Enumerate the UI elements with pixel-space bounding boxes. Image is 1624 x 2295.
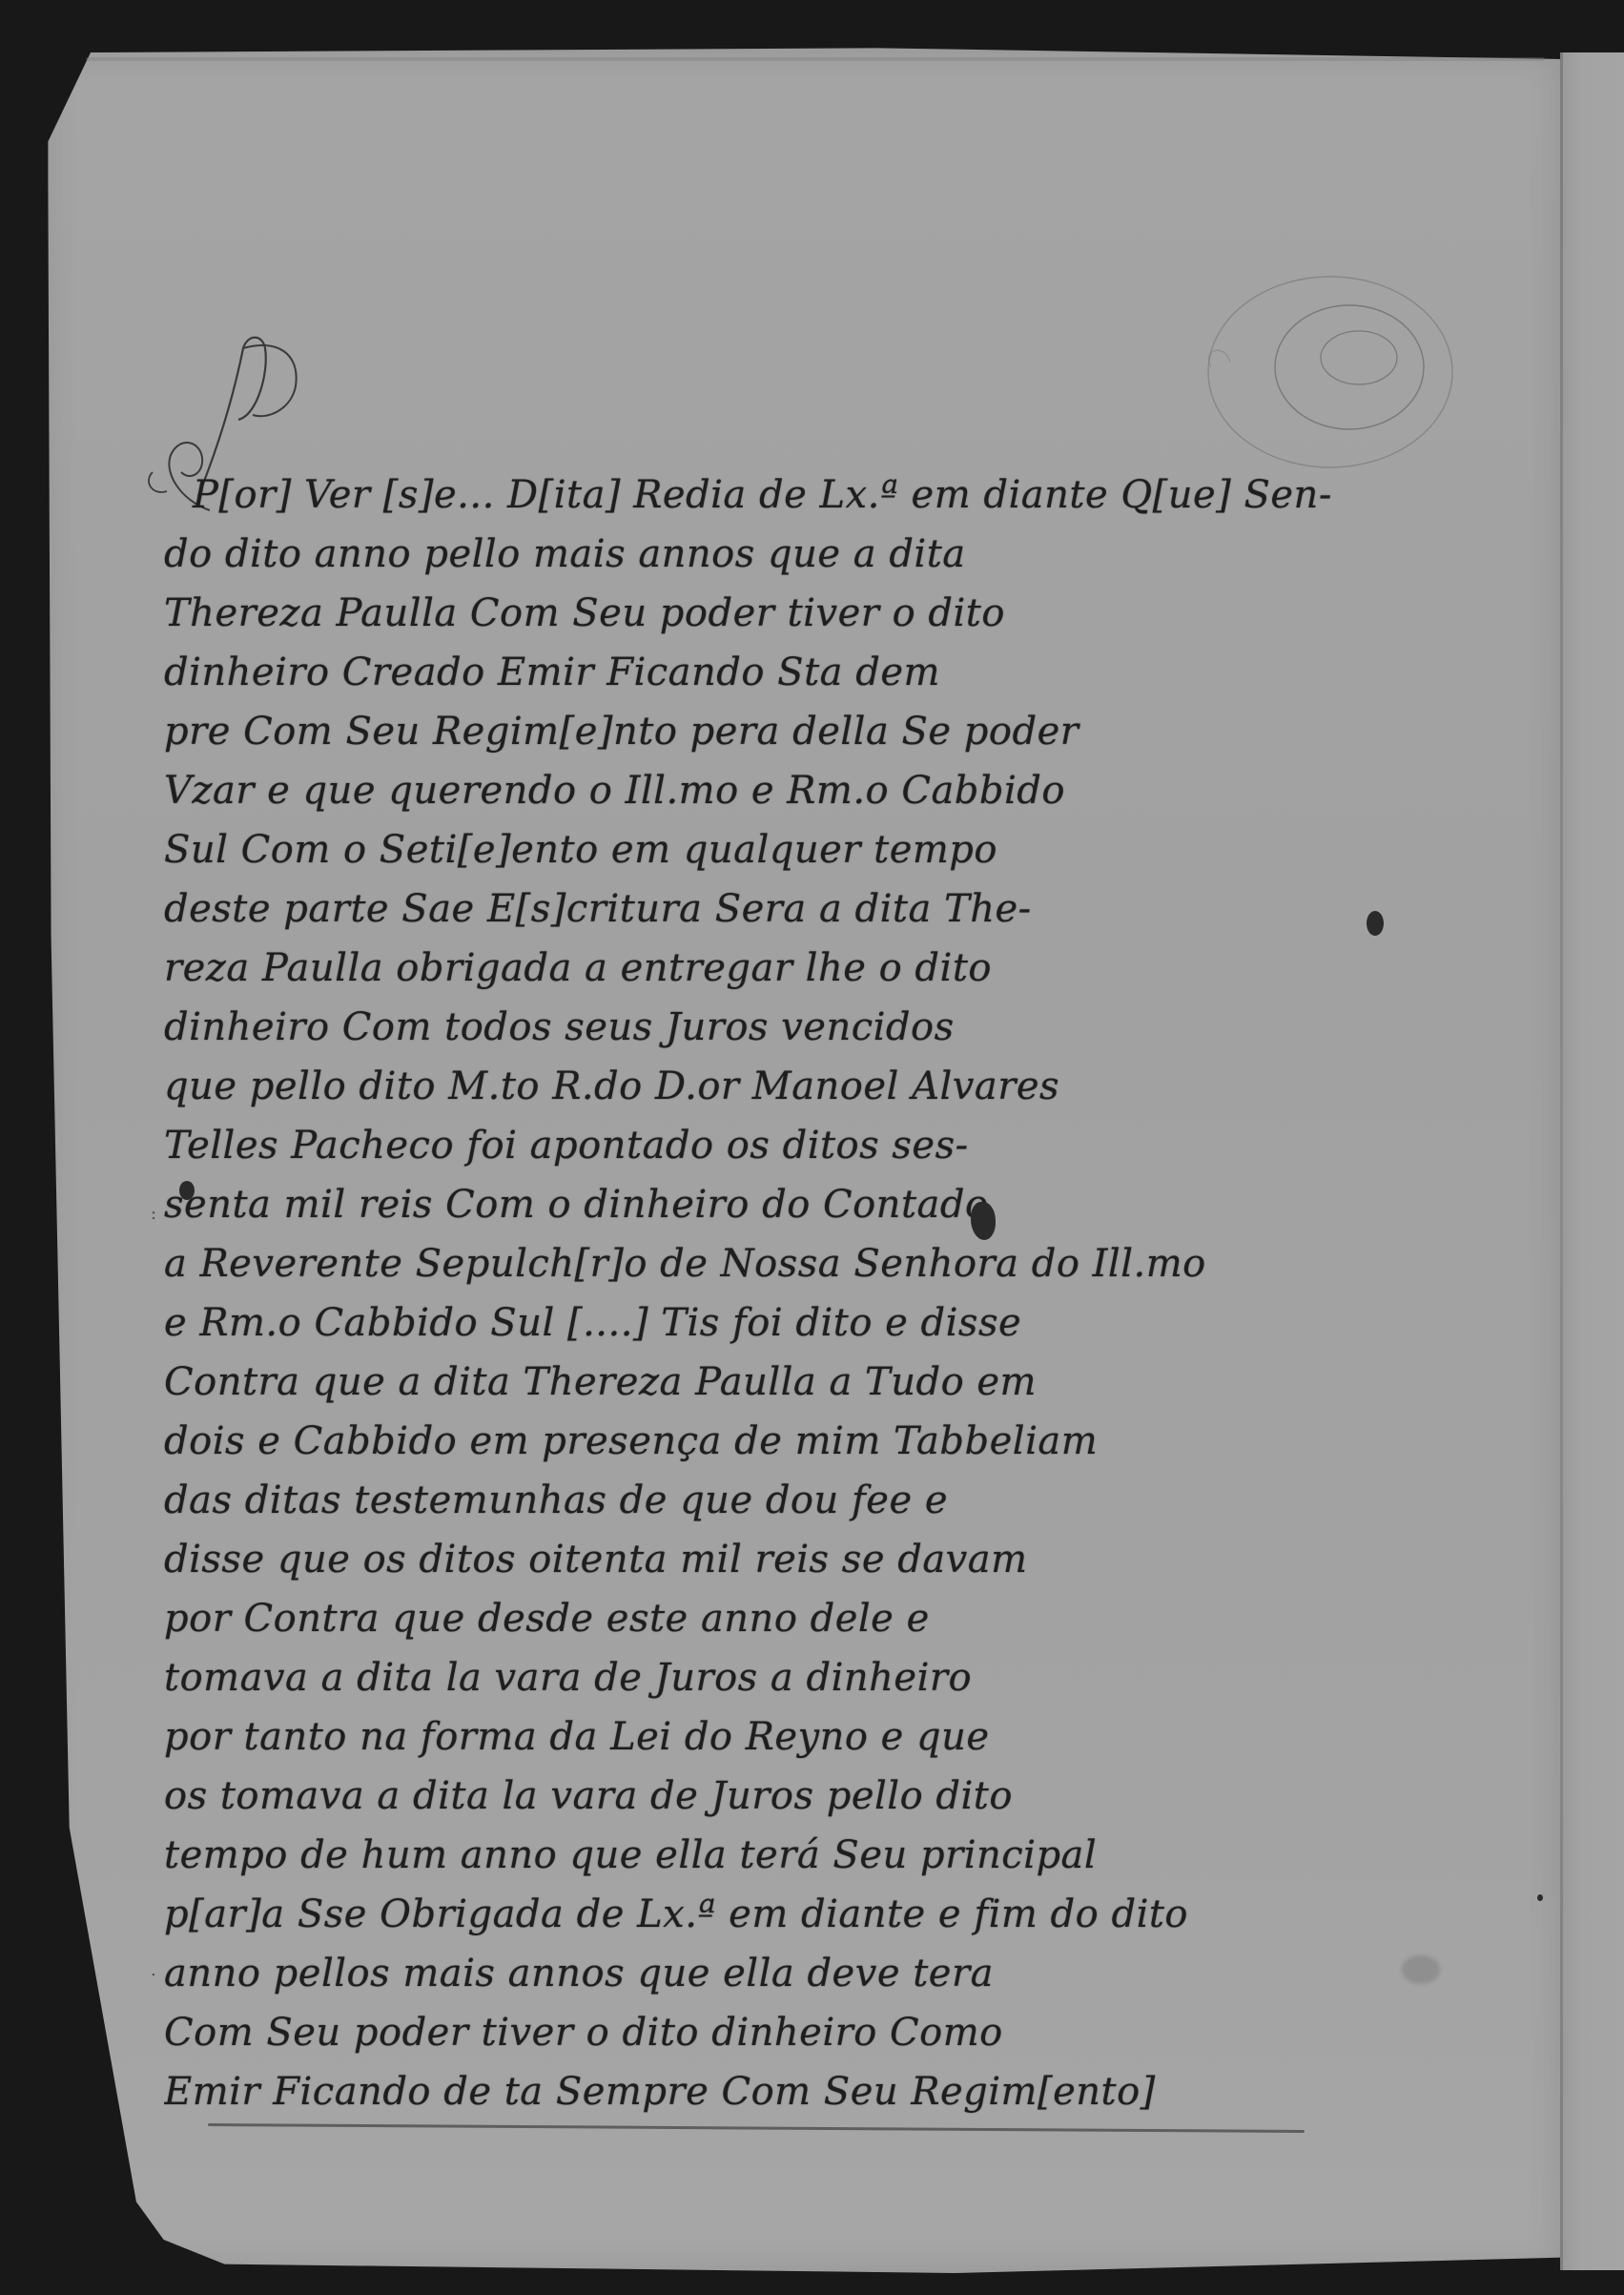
manuscript-line-14: a Reverente Sepulch[r]o de Nossa Senhora…: [164, 1234, 1375, 1293]
manuscript-line-9: reza Paulla obrigada a entregar lhe o di…: [164, 939, 1375, 998]
manuscript-line-28: Emir Ficando de ta Sempre Com Seu Regim[…: [164, 2062, 1375, 2121]
manuscript-line-1: P[or] Ver [s]e... D[ita] Redia de Lx.ª e…: [164, 465, 1375, 525]
manuscript-line-18: das ditas testemunhas de que dou fee e: [164, 1471, 1375, 1530]
manuscript-line-26: anno pellos mais annos que ella deve ter…: [164, 1944, 1375, 2003]
manuscript-line-4: dinheiro Creado Emir Ficando Sta dem: [164, 643, 1375, 702]
manuscript-line-10: dinheiro Com todos seus Juros vencidos: [164, 998, 1375, 1057]
manuscript-text-body: P[or] Ver [s]e... D[ita] Redia de Lx.ª e…: [164, 465, 1375, 2121]
ink-blot: [1537, 1894, 1543, 1901]
manuscript-line-15: e Rm.o Cabbido Sul [....] Tis foi dito e…: [164, 1293, 1375, 1353]
page-fold-line: [1560, 52, 1563, 2270]
manuscript-line-8: deste parte Sae E[s]critura Sera a dita …: [164, 879, 1375, 939]
margin-dot: .: [151, 1960, 156, 1980]
manuscript-line-17: dois e Cabbido em presença de mim Tabbel…: [164, 1412, 1375, 1471]
manuscript-line-16: Contra que a dita Thereza Paulla a Tudo …: [164, 1353, 1375, 1412]
manuscript-line-25: p[ar]a Sse Obrigada de Lx.ª em diante e …: [164, 1885, 1375, 1944]
ink-blot: [179, 1181, 195, 1200]
manuscript-line-21: tomava a dita la vara de Juros a dinheir…: [164, 1648, 1375, 1707]
manuscript-line-20: por Contra que desde este anno dele e: [164, 1589, 1375, 1648]
manuscript-line-24: tempo de hum anno que ella terá Seu prin…: [164, 1826, 1375, 1885]
manuscript-line-2: do dito anno pello mais annos que a dita: [164, 525, 1375, 584]
manuscript-line-13: senta mil reis Com o dinheiro do Contado: [164, 1175, 1375, 1234]
ink-blot: [1367, 911, 1384, 936]
ink-blot: [971, 1202, 996, 1240]
spiral-flourish-icon: [1173, 258, 1459, 477]
manuscript-line-3: Thereza Paulla Com Seu poder tiver o dit…: [164, 584, 1375, 643]
manuscript-line-7: Sul Com o Seti[e]ento em qualquer tempo: [164, 820, 1375, 879]
paper-stain: [1402, 1955, 1440, 1984]
manuscript-line-23: os tomava a dita la vara de Juros pello …: [164, 1767, 1375, 1826]
manuscript-line-5: pre Com Seu Regim[e]nto pera della Se po…: [164, 702, 1375, 761]
manuscript-line-6: Vzar e que querendo o Ill.mo e Rm.o Cabb…: [164, 761, 1375, 820]
adjacent-page-edge: [1563, 52, 1624, 2270]
manuscript-line-27: Com Seu poder tiver o dito dinheiro Como: [164, 2003, 1375, 2062]
page-top-edge: [86, 57, 1545, 61]
manuscript-line-19: disse que os ditos oitenta mil reis se d…: [164, 1530, 1375, 1589]
manuscript-line-12: Telles Pacheco foi apontado os ditos ses…: [164, 1116, 1375, 1175]
margin-dot: :: [151, 1204, 156, 1224]
manuscript-line-22: por tanto na forma da Lei do Reyno e que: [164, 1707, 1375, 1767]
manuscript-line-11: que pello dito M.to R.do D.or Manoel Alv…: [164, 1057, 1375, 1116]
